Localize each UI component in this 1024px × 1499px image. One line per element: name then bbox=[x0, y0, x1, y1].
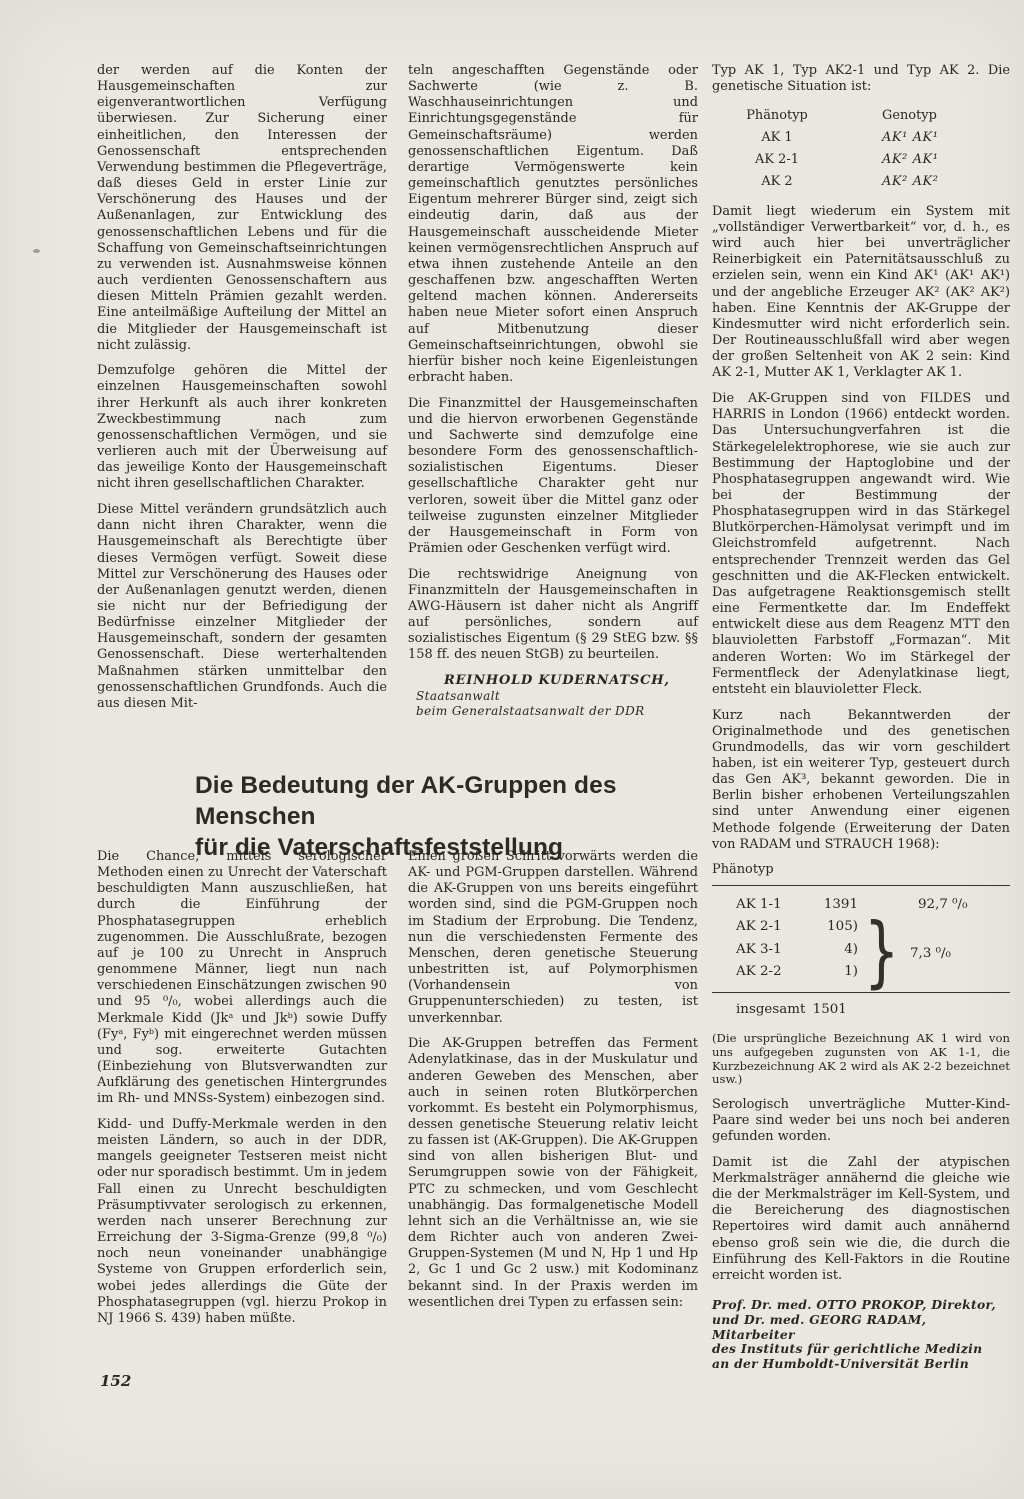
paragraph: Die Finanzmittel der Hausgemeinschaften … bbox=[408, 396, 698, 558]
distribution-table-label: Phänotyp bbox=[712, 862, 1010, 878]
percent-cell: 92,7 ⁰/₀ bbox=[918, 894, 967, 917]
paragraph: Die AK-Gruppen betreffen das Ferment Ade… bbox=[408, 1036, 698, 1311]
table-row: AK 2-1 105) bbox=[712, 916, 1010, 939]
paragraph: Kurz nach Bekanntwerden der Originalmeth… bbox=[712, 708, 1010, 853]
signature-line: Prof. Dr. med. OTTO PROKOP, Direktor, bbox=[712, 1298, 1010, 1313]
paragraph: Die rechtswidrige Aneignung von Finanzmi… bbox=[408, 567, 698, 664]
genotype-cell: AK² AK¹ bbox=[882, 149, 939, 171]
genotype-table-row: AK 1 AK¹ AK¹ bbox=[712, 127, 1010, 149]
phenotype-cell: AK 3-1 bbox=[736, 939, 806, 962]
article2-column-right: Typ AK 1, Typ AK2-1 und Typ AK 2. Die ge… bbox=[712, 63, 1010, 1372]
phenotype-cell: AK 1 bbox=[712, 127, 842, 149]
count-cell: 4) bbox=[806, 939, 858, 962]
signature-role: Staatsanwalt bbox=[416, 689, 698, 704]
article2-column-middle: Einen großen Schritt vorwärts werden die… bbox=[408, 849, 698, 1320]
genotype-table-header-genotype: Genotyp bbox=[882, 105, 937, 127]
phenotype-cell: AK 2-2 bbox=[736, 961, 806, 984]
article2-column-left: Die Chance, mittels serologischer Method… bbox=[97, 849, 387, 1337]
article1-column-left: der werden auf die Konten der Hausgemein… bbox=[97, 63, 387, 722]
article2-heading-line1: Die Bedeutung der AK-Gruppen des Mensche… bbox=[195, 770, 715, 832]
genotype-cell: AK¹ AK¹ bbox=[882, 127, 939, 149]
table-row: AK 3-1 4) bbox=[712, 939, 1010, 962]
signature-prokop-radam: Prof. Dr. med. OTTO PROKOP, Direktor, un… bbox=[712, 1298, 1010, 1372]
phenotype-cell: AK 2-1 bbox=[712, 149, 842, 171]
paragraph: Kidd- und Duffy-Merkmale werden in den m… bbox=[97, 1117, 387, 1327]
count-cell: 1) bbox=[806, 961, 858, 984]
article1-column-middle: teln angeschafften Gegenstände oder Sach… bbox=[408, 63, 698, 718]
signature-kudernatsch: REINHOLD KUDERNATSCH, Staatsanwalt beim … bbox=[408, 673, 698, 718]
table-row: AK 2-2 1) bbox=[712, 961, 1010, 984]
scanned-journal-page: der werden auf die Konten der Hausgemein… bbox=[0, 0, 1024, 1499]
genotype-table-row: AK 2-1 AK² AK¹ bbox=[712, 149, 1010, 171]
paragraph: Die AK-Gruppen sind von FILDES und HARRI… bbox=[712, 391, 1010, 698]
genotype-table-row: AK 2 AK² AK² bbox=[712, 171, 1010, 193]
signature-line: des Instituts für gerichtliche Medizin bbox=[712, 1342, 1010, 1357]
phenotype-cell: AK 1-1 bbox=[736, 894, 806, 917]
scan-speck bbox=[33, 249, 40, 253]
table-row: AK 1-1 1391 92,7 ⁰/₀ bbox=[712, 894, 1010, 917]
signature-role: beim Generalstaatsanwalt der DDR bbox=[416, 704, 698, 719]
table-rule bbox=[712, 992, 1010, 993]
paragraph: Die Chance, mittels serologischer Method… bbox=[97, 849, 387, 1108]
group-percent: 7,3 ⁰/₀ bbox=[910, 946, 951, 962]
paragraph: teln angeschafften Gegenstände oder Sach… bbox=[408, 63, 698, 386]
paragraph: der werden auf die Konten der Hausgemein… bbox=[97, 63, 387, 354]
paragraph: Diese Mittel verändern grundsätzlich auc… bbox=[97, 502, 387, 712]
table-footnote: (Die ursprüngliche Bezeichnung AK 1 wird… bbox=[712, 1032, 1010, 1088]
paragraph: Typ AK 1, Typ AK2-1 und Typ AK 2. Die ge… bbox=[712, 63, 1010, 95]
signature-name: REINHOLD KUDERNATSCH, bbox=[444, 673, 698, 689]
page-number: 152 bbox=[100, 1372, 131, 1390]
paragraph: Demzufolge gehören die Mittel der einzel… bbox=[97, 363, 387, 492]
paragraph: Damit liegt wiederum ein System mit „vol… bbox=[712, 204, 1010, 382]
phenotype-cell: AK 2 bbox=[712, 171, 842, 193]
distribution-table: Phänotyp AK 1-1 1391 92,7 ⁰/₀ AK 2-1 105… bbox=[712, 862, 1010, 1017]
genotype-cell: AK² AK² bbox=[882, 171, 939, 193]
paragraph: Damit ist die Zahl der atypischen Merkma… bbox=[712, 1155, 1010, 1284]
paragraph: Einen großen Schritt vorwärts werden die… bbox=[408, 849, 698, 1027]
phenotype-cell: AK 2-1 bbox=[736, 916, 806, 939]
genotype-table-header-phenotype: Phänotyp bbox=[712, 105, 842, 127]
grouping-brace: } bbox=[864, 913, 899, 991]
distribution-table-rows: AK 1-1 1391 92,7 ⁰/₀ AK 2-1 105) AK 3-1 … bbox=[712, 886, 1010, 992]
distribution-table-total: insgesamt 1501 bbox=[736, 1002, 1010, 1018]
count-cell: 105) bbox=[806, 916, 858, 939]
genotype-table-header: Phänotyp Genotyp bbox=[712, 105, 1010, 127]
signature-line: an der Humboldt-Universität Berlin bbox=[712, 1357, 1010, 1372]
genotype-table: Phänotyp Genotyp AK 1 AK¹ AK¹ AK 2-1 AK²… bbox=[712, 105, 1010, 193]
count-cell: 1391 bbox=[806, 894, 858, 917]
signature-line: und Dr. med. GEORG RADAM, Mitarbeiter bbox=[712, 1313, 1010, 1343]
paragraph: Serologisch unverträgliche Mutter-Kind-P… bbox=[712, 1097, 1010, 1145]
